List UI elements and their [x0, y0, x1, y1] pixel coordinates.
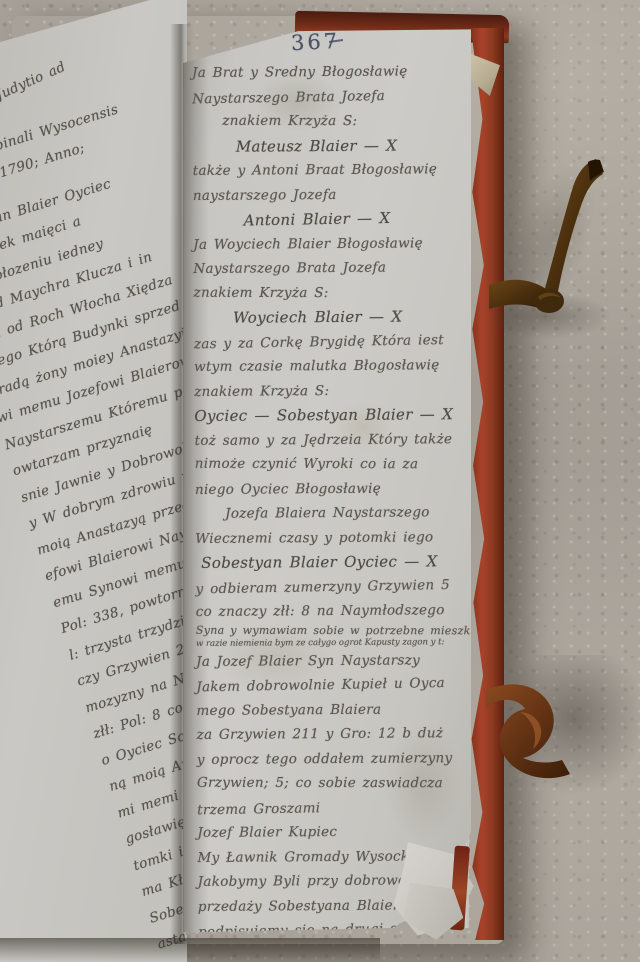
leather-straps [0, 0, 640, 962]
manuscript-photo: coram Judytio adtionali Scabinali Wysoce… [0, 0, 640, 962]
leather-strap-bottom [486, 684, 570, 778]
leather-strap-top [489, 159, 604, 313]
